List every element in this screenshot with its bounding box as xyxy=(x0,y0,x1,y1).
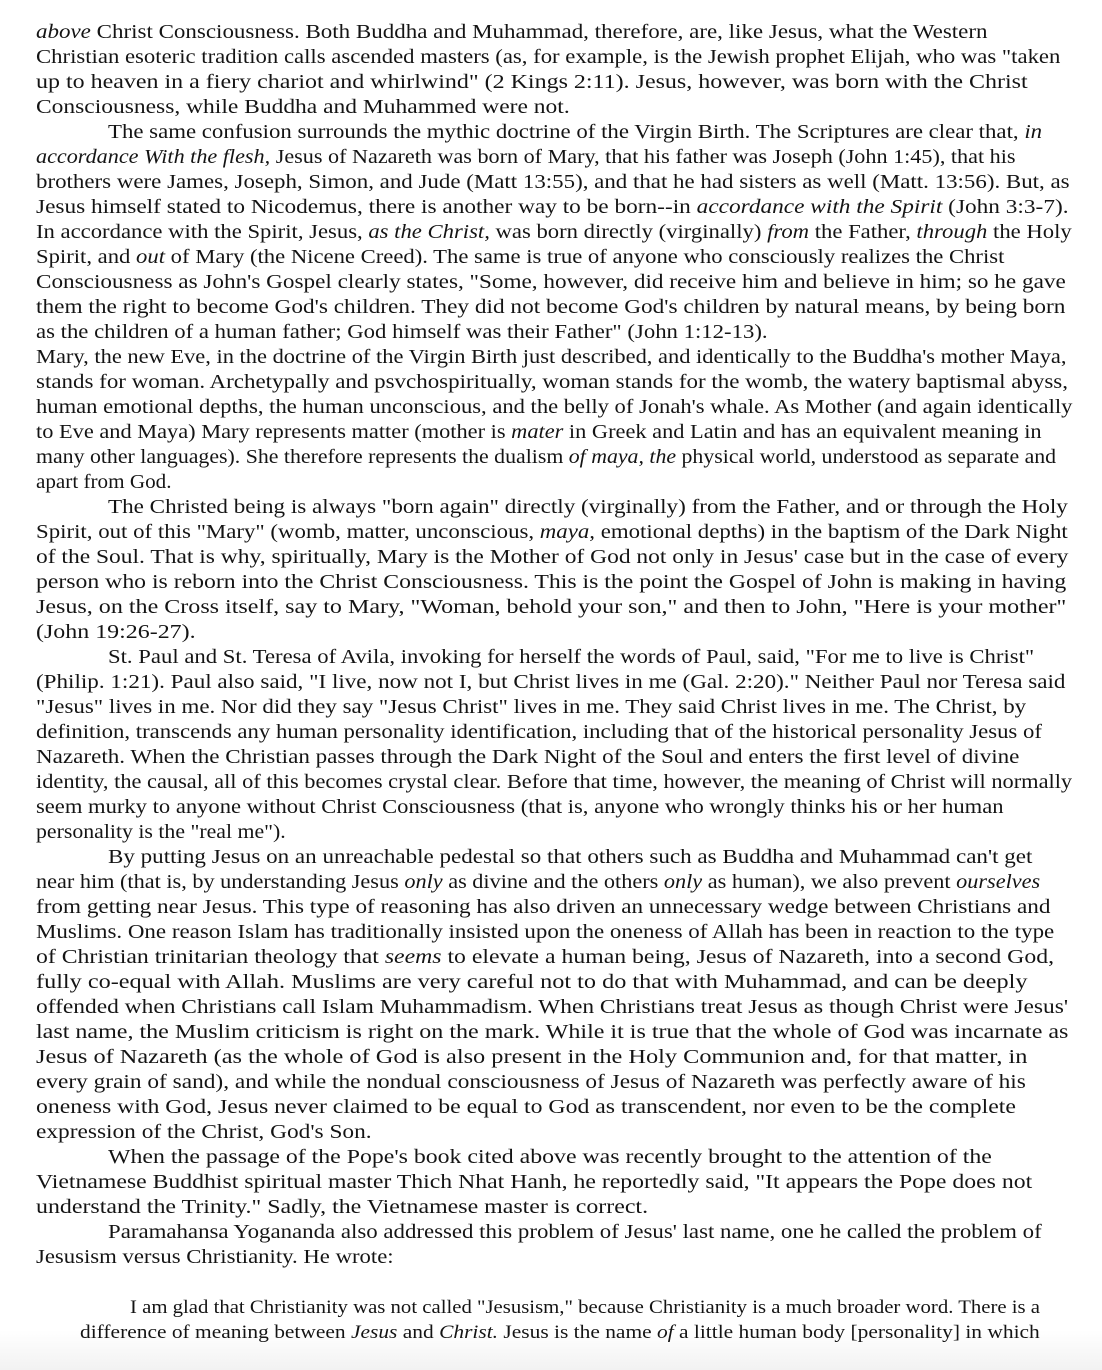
text-line: (John 19:26-27). xyxy=(36,620,196,645)
text-line: The same confusion surrounds the mythic … xyxy=(108,120,1042,145)
text-line: offended when Christians call Islam Muha… xyxy=(36,995,1068,1020)
text-line: to Eve and Maya) Mary represents matter … xyxy=(36,420,1042,445)
text-line: accordance With the flesh, Jesus of Naza… xyxy=(36,145,1016,170)
text-line: them the right to become God's children.… xyxy=(36,295,1065,320)
text-line: brothers were James, Joseph, Simon, and … xyxy=(36,170,1070,195)
text-line: person who is reborn into the Christ Con… xyxy=(36,570,1066,595)
text-line: personality is the "real me"). xyxy=(36,820,286,845)
text-line: Consciousness, while Buddha and Muhammed… xyxy=(36,95,570,120)
text-line: identity, the causal, all of this become… xyxy=(36,770,1072,795)
text-line: Mary, the new Eve, in the doctrine of th… xyxy=(36,345,1066,370)
text-line: Consciousness as John's Gospel clearly s… xyxy=(36,270,1066,295)
text-line: Muslims. One reason Islam has traditiona… xyxy=(36,920,1054,945)
text-line: every grain of sand), and while the nond… xyxy=(36,1070,1026,1095)
text-line: near him (that is, by understanding Jesu… xyxy=(36,870,1040,895)
text-line: apart from God. xyxy=(36,470,171,495)
text-line: up to heaven in a fiery chariot and whir… xyxy=(36,70,1028,95)
text-line: fully co-equal with Allah. Muslims are v… xyxy=(36,970,1028,995)
text-line: from getting near Jesus. This type of re… xyxy=(36,895,1050,920)
text-line: definition, transcends any human persona… xyxy=(36,720,1042,745)
text-line: last name, the Muslim criticism is right… xyxy=(36,1020,1068,1045)
text-line: expression of the Christ, God's Son. xyxy=(36,1120,372,1145)
block-quote-line: I am glad that Christianity was not call… xyxy=(130,1295,1040,1320)
text-line: as the children of a human father; God h… xyxy=(36,320,768,345)
text-line: By putting Jesus on an unreachable pedes… xyxy=(108,845,1032,870)
block-quote-line: difference of meaning between Jesus and … xyxy=(80,1320,1040,1345)
text-line: St. Paul and St. Teresa of Avila, invoki… xyxy=(108,645,1034,670)
text-line: Jesus, on the Cross itself, say to Mary,… xyxy=(36,595,1066,620)
text-line: In accordance with the Spirit, Jesus, as… xyxy=(36,220,1072,245)
text-line: When the passage of the Pope's book cite… xyxy=(108,1145,992,1170)
text-line: Jesus of Nazareth (as the whole of God i… xyxy=(36,1045,1027,1070)
document-page: above Christ Consciousness. Both Buddha … xyxy=(0,0,1102,1370)
text-line: Nazareth. When the Christian passes thro… xyxy=(36,745,1019,770)
text-line: seem murky to anyone without Christ Cons… xyxy=(36,795,1004,820)
text-line: above Christ Consciousness. Both Buddha … xyxy=(36,20,988,45)
text-line: Paramahansa Yogananda also addressed thi… xyxy=(108,1220,1042,1245)
text-line: "Jesus" lives in me. Nor did they say "J… xyxy=(36,695,1026,720)
text-line: understand the Trinity." Sadly, the Viet… xyxy=(36,1195,648,1220)
text-line: Vietnamese Buddhist spiritual master Thi… xyxy=(36,1170,1032,1195)
text-line: Spirit, and out of Mary (the Nicene Cree… xyxy=(36,245,1004,270)
text-line: Christian esoteric tradition calls ascen… xyxy=(36,45,1060,70)
text-line: Jesusism versus Christianity. He wrote: xyxy=(36,1245,394,1270)
text-line: The Christed being is always "born again… xyxy=(108,495,1068,520)
text-line: human emotional depths, the human uncons… xyxy=(36,395,1072,420)
text-line: (Philip. 1:21). Paul also said, "I live,… xyxy=(36,670,1065,695)
text-line: many other languages). She therefore rep… xyxy=(36,445,1056,470)
text-line: Spirit, out of this "Mary" (womb, matter… xyxy=(36,520,1068,545)
text-line: of the Soul. That is why, spiritually, M… xyxy=(36,545,1068,570)
text-line: Jesus himself stated to Nicodemus, there… xyxy=(36,195,1069,220)
text-line: oneness with God, Jesus never claimed to… xyxy=(36,1095,1016,1120)
text-line: of Christian trinitarian theology that s… xyxy=(36,945,1054,970)
text-line: stands for woman. Archetypally and psvch… xyxy=(36,370,1068,395)
